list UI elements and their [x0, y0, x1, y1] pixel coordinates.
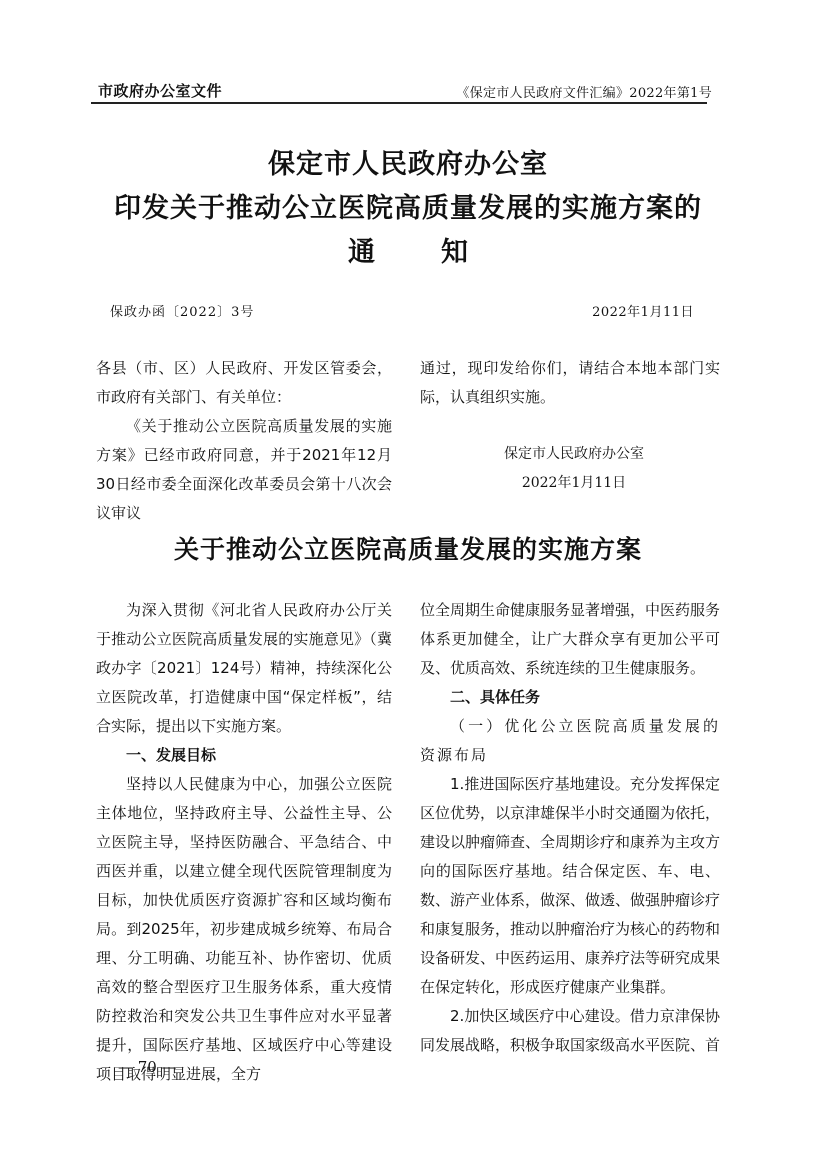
signature-date: 2022年1月11日 [454, 472, 694, 492]
notice-body-continued: 通过，现印发给你们，请结合本地本部门实际，认真组织实施。 [420, 354, 720, 412]
section-goals-body-continued: 位全周期生命健康服务显著增强，中医药服务体系更加健全，让广大群众享有更加公平可及… [420, 596, 720, 683]
task-item-2: 2.加快区域医疗中心建设。借力京津保协同发展战略，积极争取国家级高水平医院、首 [420, 1002, 720, 1060]
page-number: — 70 — [118, 1058, 177, 1076]
notice-title-char-2: 知 [441, 237, 468, 268]
notice-title-line1: 保定市人民政府办公室 [0, 142, 816, 181]
subsection-heading-resources: （一）优化公立医院高质量发展的资源布局 [420, 712, 720, 770]
header-issuer-label: 市政府办公室文件 [98, 80, 222, 101]
section-goals-body: 坚持以人民健康为中心，加强公立医院主体地位，坚持政府主导、公益性主导、公立医院主… [96, 770, 392, 1089]
notice-title-char-1: 通 [348, 237, 375, 268]
plan-column-left: 为深入贯彻《河北省人民政府办公厅关于推动公立医院高质量发展的实施意见》（冀政办字… [96, 596, 392, 1089]
notice-column-left: 各县（市、区）人民政府、开发区管委会，市政府有关部门、有关单位： 《关于推动公立… [96, 354, 392, 528]
document-date: 2022年1月11日 [592, 301, 694, 320]
document-number: 保政办函〔2022〕3号 [110, 301, 254, 320]
notice-title-line2: 印发关于推动公立医院高质量发展的实施方案的 [0, 186, 816, 225]
notice-addressee: 各县（市、区）人民政府、开发区管委会，市政府有关部门、有关单位： [96, 354, 392, 412]
notice-title-line3: 通知 [0, 230, 816, 269]
section-heading-tasks: 二、具体任务 [420, 683, 720, 712]
notice-column-right: 通过，现印发给你们，请结合本地本部门实际，认真组织实施。 [420, 354, 720, 412]
signature-organization: 保定市人民政府办公室 [454, 443, 694, 463]
header-publication-label: 《保定市人民政府文件汇编》2022年第1号 [456, 82, 712, 101]
section-heading-goals: 一、发展目标 [96, 741, 392, 770]
plan-intro: 为深入贯彻《河北省人民政府办公厅关于推动公立医院高质量发展的实施意见》（冀政办字… [96, 596, 392, 741]
notice-body: 《关于推动公立医院高质量发展的实施方案》已经市政府同意，并于2021年12月30… [96, 412, 392, 528]
plan-title: 关于推动公立医院高质量发展的实施方案 [0, 530, 816, 566]
plan-column-right: 位全周期生命健康服务显著增强，中医药服务体系更加健全，让广大群众享有更加公平可及… [420, 596, 720, 1060]
header-divider [91, 102, 707, 104]
task-item-1: 1.推进国际医疗基地建设。充分发挥保定区位优势，以京津雄保半小时交通圈为依托，建… [420, 770, 720, 1002]
